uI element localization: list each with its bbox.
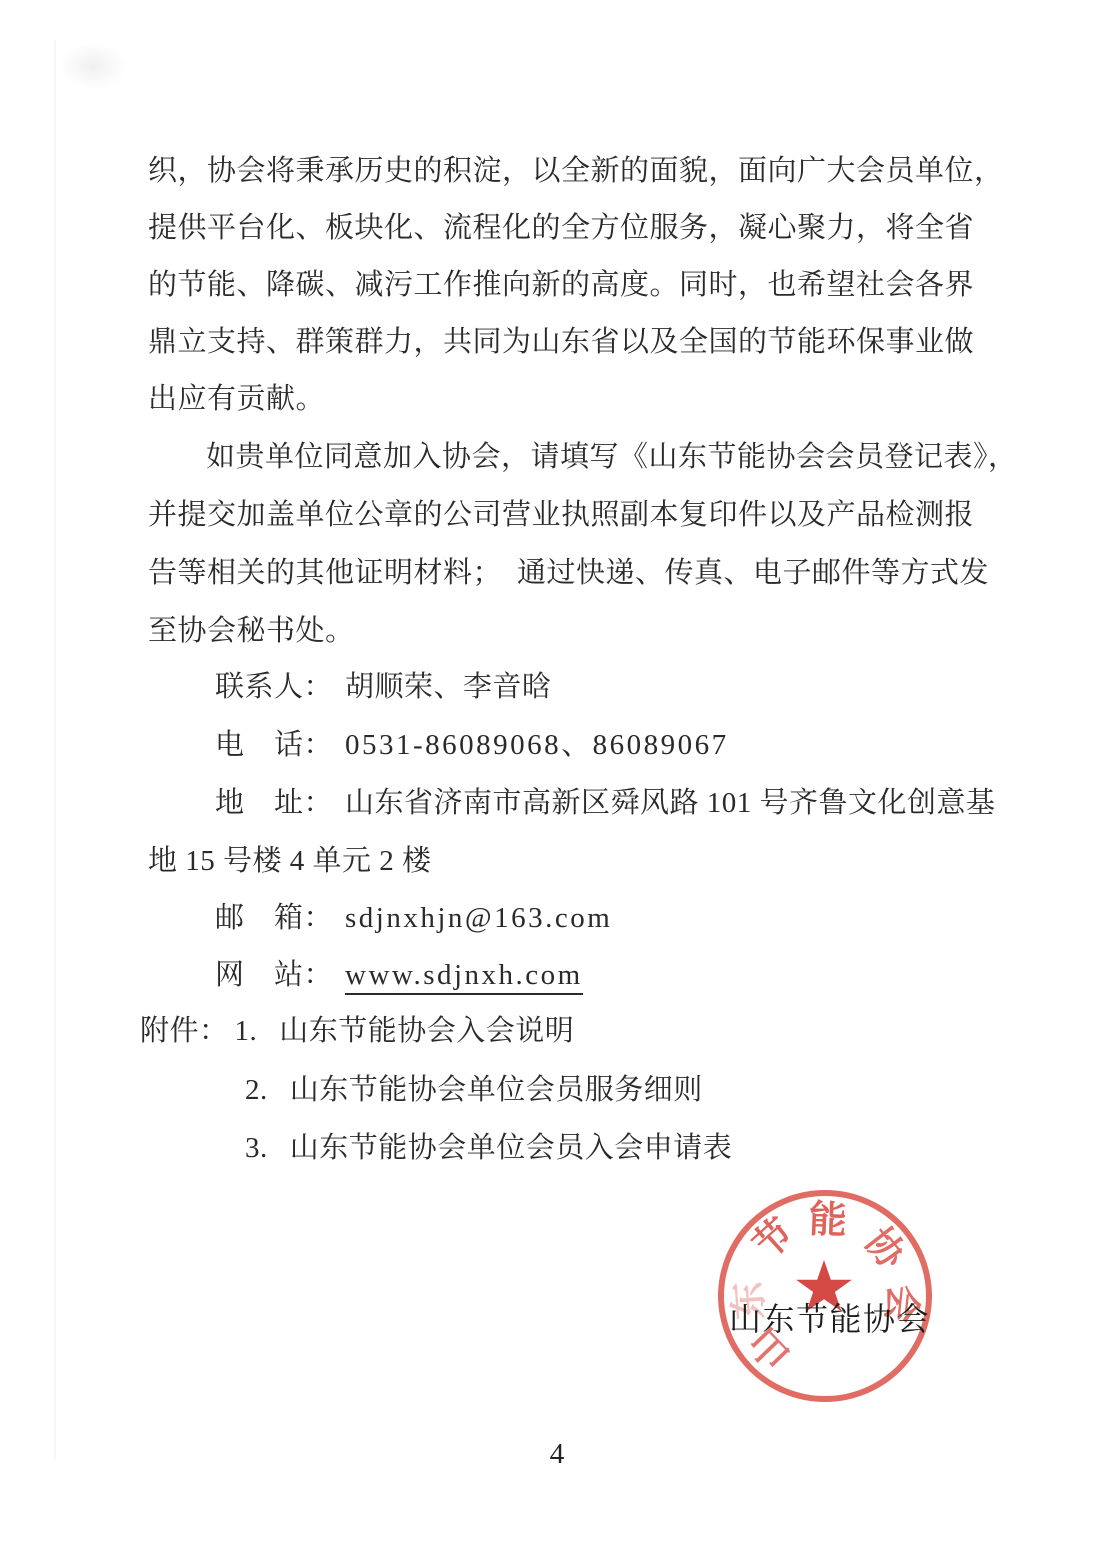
contact-address-value: 山东省济南市高新区舜风路 101 号齐鲁文化创意基 — [345, 787, 996, 819]
seal-ring-char: 能 — [808, 1188, 848, 1244]
contact-email-line: 邮 箱：sdjnxhjn@163.com — [215, 899, 612, 937]
contact-phone-label: 电 话： — [215, 729, 333, 761]
attachment-title: 山东节能协会入会说明 — [279, 1015, 574, 1047]
body-line: 织，协会将秉承历史的积淀，以全新的面貌，面向广大会员单位， — [148, 152, 1004, 190]
contact-person-value: 胡顺荣、李音晗 — [345, 671, 552, 703]
scan-noise-artifact — [58, 42, 128, 90]
signature-text: 山东节能协会 — [729, 1294, 930, 1340]
contact-address-line: 地 址：山东省济南市高新区舜风路 101 号齐鲁文化创意基 — [215, 784, 996, 822]
body-line: 出应有贡献。 — [148, 380, 325, 418]
attachments-line-2: 2.山东节能协会单位会员服务细则 — [245, 1071, 703, 1109]
body-line: 提供平台化、板块化、流程化的全方位服务，凝心聚力，将全省 — [148, 209, 974, 247]
contact-address-label: 地 址： — [215, 787, 333, 819]
contact-phone-line: 电 话：0531-86089068、86089067 — [215, 726, 729, 764]
contact-website-label: 网 站： — [215, 959, 333, 991]
contact-person-label: 联系人： — [215, 671, 333, 703]
scan-edge-artifact — [54, 40, 56, 1460]
contact-email-label: 邮 箱： — [215, 902, 333, 934]
attachments-label: 附件： — [140, 1015, 229, 1047]
contact-person-line: 联系人：胡顺荣、李音晗 — [215, 668, 552, 706]
attachments-line-1: 附件：1.山东节能协会入会说明 — [140, 1012, 574, 1050]
attachments-line-3: 3.山东节能协会单位会员入会申请表 — [245, 1129, 732, 1167]
attachment-number: 3. — [245, 1132, 268, 1164]
website-link[interactable]: www.sdjnxh.com — [345, 959, 583, 995]
attachment-title: 山东节能协会单位会员入会申请表 — [290, 1132, 733, 1164]
body-line: 如贵单位同意加入协会，请填写《山东节能协会会员登记表》， — [206, 438, 1018, 476]
contact-phone-value: 0531-86089068、86089067 — [345, 729, 729, 761]
body-line: 的节能、降碳、减污工作推向新的高度。同时，也希望社会各界 — [148, 266, 974, 304]
body-line: 至协会秘书处。 — [148, 612, 355, 650]
attachment-number: 1. — [235, 1015, 258, 1047]
contact-website-line: 网 站：www.sdjnxh.com — [215, 956, 583, 994]
attachment-number: 2. — [245, 1074, 268, 1106]
body-line: 鼎立支持、群策群力，共同为山东省以及全国的节能环保事业做 — [148, 323, 974, 361]
document-page: 织，协会将秉承历史的积淀，以全新的面貌，面向广大会员单位， 提供平台化、板块化、… — [0, 0, 1102, 1557]
body-line: 并提交加盖单位公章的公司营业执照副本复印件以及产品检测报 — [148, 496, 974, 534]
attachment-title: 山东节能协会单位会员服务细则 — [290, 1074, 703, 1106]
body-line: 告等相关的其他证明材料； 通过快递、传真、电子邮件等方式发 — [148, 554, 989, 592]
contact-address-line2: 地 15 号楼 4 单元 2 楼 — [148, 842, 432, 880]
contact-email-value: sdjnxhjn@163.com — [345, 902, 612, 934]
page-number: 4 — [507, 1438, 607, 1471]
